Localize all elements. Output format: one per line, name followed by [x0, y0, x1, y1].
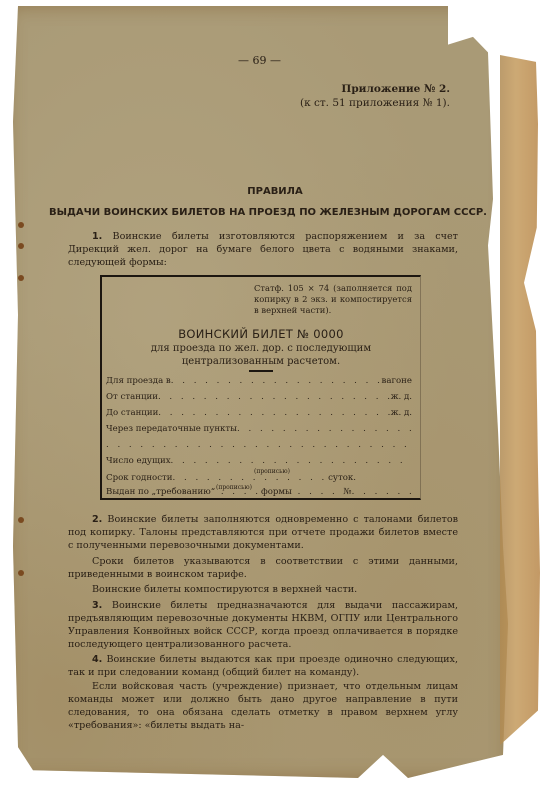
fill-dots	[352, 487, 412, 497]
form-field: Через передаточные пункты	[106, 424, 412, 434]
paragraph-5: Если войсковая часть (учреждение) призна…	[68, 680, 458, 732]
fill-dots: . . . .	[292, 487, 344, 497]
binding-hole	[18, 243, 24, 249]
fill-dots	[237, 424, 412, 434]
paragraph-2c: Воинские билеты компостируются в верхней…	[68, 583, 458, 596]
field-label: Через передаточные пункты	[106, 424, 237, 434]
paragraph-2: 2. Воинские билеты заполняются одновреме…	[68, 513, 458, 552]
field-label: Выдан по „требованию“	[106, 487, 215, 497]
ticket-title: ВОИНСКИЙ БИЛЕТ № 0000	[102, 327, 420, 341]
paragraph-text: Воинские билеты предназначаются для выда…	[68, 600, 458, 650]
paragraph-4: 4. Воинские билеты выдаются как при прое…	[68, 653, 458, 679]
torn-edge-strip	[500, 55, 540, 745]
page-number: — 69 —	[238, 54, 281, 67]
form-field: Число едущих	[106, 456, 412, 466]
field-label: Срок годности	[106, 473, 173, 483]
rules-heading: ПРАВИЛА	[0, 186, 550, 197]
fill-dots: . . . .	[215, 487, 261, 497]
paragraph-text: Воинские билеты изготовляются распоряжен…	[68, 231, 458, 268]
field-suffix: вагоне	[382, 376, 412, 386]
field-label: Для проезда в	[106, 376, 171, 386]
field-suffix: суток.	[328, 473, 356, 483]
form-field: До станцииж. д.	[106, 408, 412, 418]
form-field: Срок годностисуток.	[106, 473, 356, 483]
fill-dots	[171, 456, 412, 466]
form-field: Для проезда ввагоне	[106, 376, 412, 386]
paragraph-3: 3. Воинские билеты предназначаются для в…	[68, 599, 458, 651]
fill-dots	[158, 392, 391, 402]
rules-subheading: ВЫДАЧИ ВОИНСКИХ БИЛЕТОВ НА ПРОЕЗД ПО ЖЕЛ…	[0, 207, 536, 218]
paragraph-number: 2.	[92, 514, 102, 525]
paragraph-1: 1. Воинские билеты изготовляются распоря…	[68, 230, 458, 269]
field-label: До станции	[106, 408, 158, 418]
field-label: №	[344, 487, 352, 497]
binding-hole	[18, 517, 24, 523]
paragraph-number: 4.	[92, 654, 102, 665]
appendix-reference: Приложение № 2. (к ст. 51 приложения № 1…	[300, 82, 450, 110]
title-rule	[249, 370, 273, 372]
field-label: формы	[261, 487, 292, 497]
ticket-subtitle: для проезда по жел. дор. с последующим ц…	[112, 342, 410, 368]
paragraph-number: 3.	[92, 600, 102, 611]
field-suffix: ж. д.	[391, 392, 412, 402]
form-field	[106, 440, 412, 450]
fill-dots	[106, 440, 412, 450]
binding-hole	[18, 275, 24, 281]
appendix-note: (к ст. 51 приложения № 1).	[300, 96, 450, 110]
binding-hole	[18, 570, 24, 576]
appendix-title: Приложение № 2.	[300, 82, 450, 96]
ticket-form-sample: Статф. 105 × 74 (заполняется под копирку…	[100, 275, 421, 500]
paragraph-text: Воинские билеты выдаются как при проезде…	[68, 654, 458, 678]
form-stat-note: Статф. 105 × 74 (заполняется под копирку…	[254, 283, 412, 316]
form-field: От станцииж. д.	[106, 392, 412, 402]
paragraph-number: 1.	[92, 231, 102, 242]
form-field-issued: Выдан по „требованию“ . . . .формы . . .…	[106, 487, 412, 497]
field-suffix: ж. д.	[391, 408, 412, 418]
fill-dots	[158, 408, 390, 418]
field-label: От станции	[106, 392, 158, 402]
paragraph-text: Воинские билеты заполняются одновременно…	[68, 514, 458, 551]
binding-hole	[18, 222, 24, 228]
fill-dots	[173, 473, 329, 483]
fill-dots	[171, 376, 382, 386]
paragraph-2b: Сроки билетов указываются в соответствии…	[68, 555, 458, 581]
field-label: Число едущих	[106, 456, 171, 466]
